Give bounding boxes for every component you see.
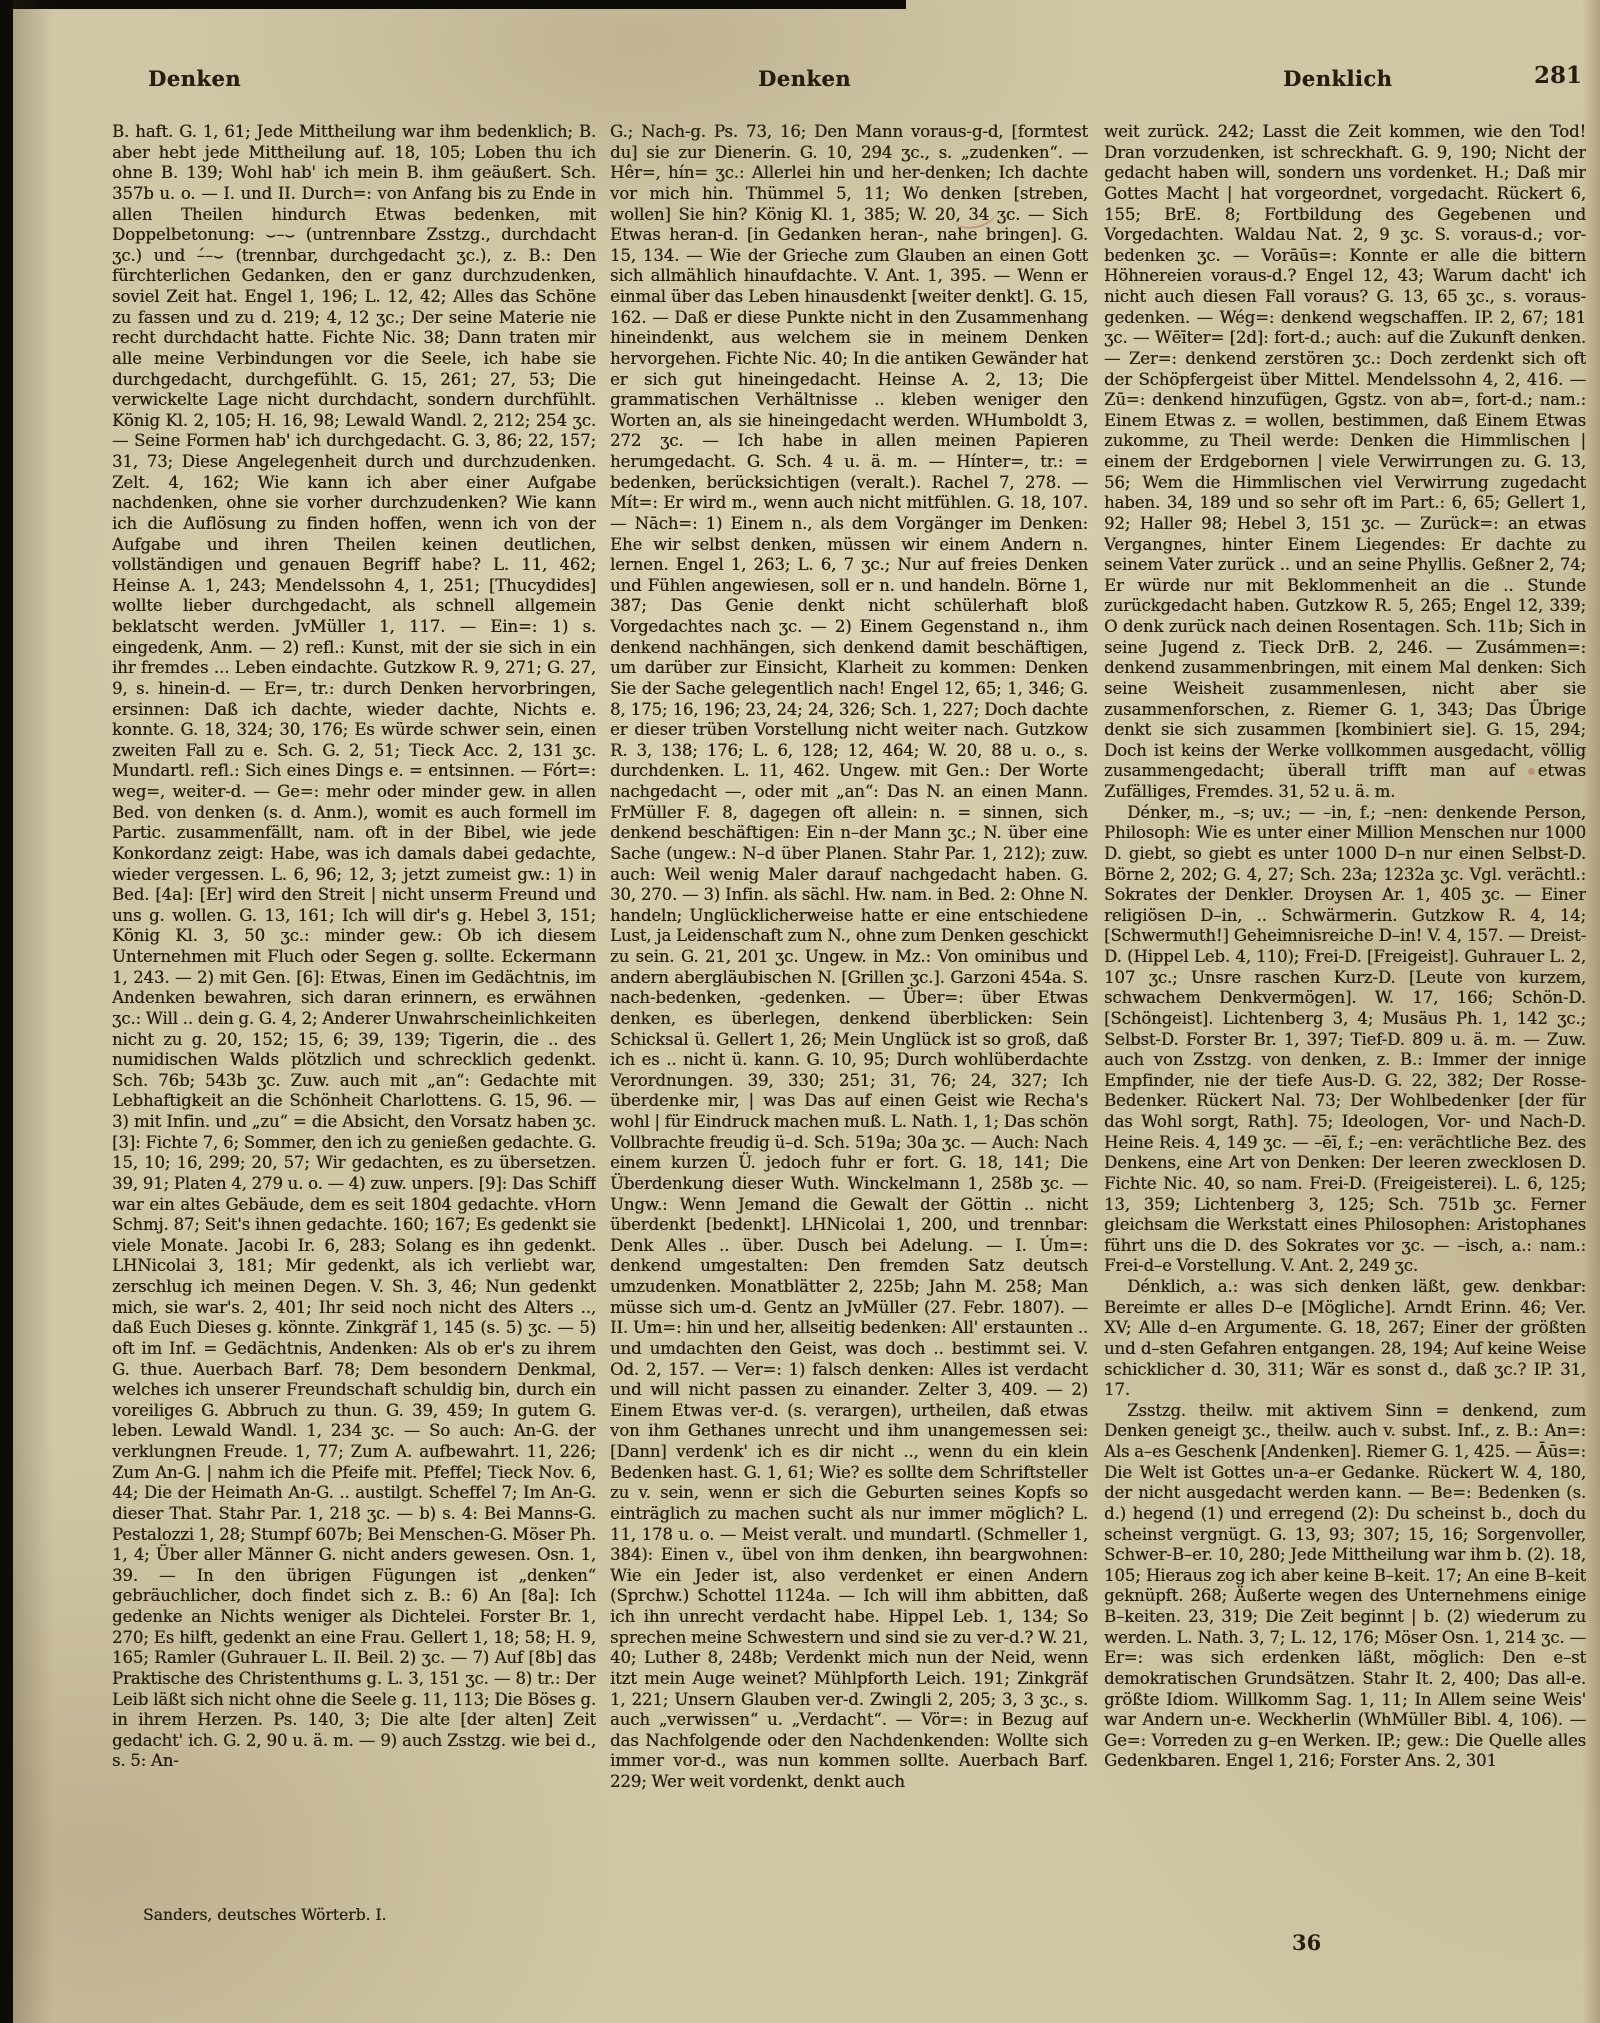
gutter-shadow	[13, 0, 53, 2023]
scan-edge-top	[0, 0, 906, 9]
paragraph: Dénker, m., –s; uv.; — –in, f.; –nen: de…	[1104, 803, 1586, 1277]
paragraph: B. haft. G. 1, 61; Jede Mittheilung war …	[112, 122, 596, 1772]
page-number: 281	[1534, 62, 1582, 89]
text-column-2: G.; Nach-g. Ps. 73, 16; Den Mann voraus-…	[610, 122, 1088, 1912]
text-column-3: weit zurück. 242; Lasst die Zeit kommen,…	[1104, 122, 1586, 1912]
sheet-signature-number: 36	[1292, 1930, 1321, 1955]
paragraph: G.; Nach-g. Ps. 73, 16; Den Mann voraus-…	[610, 122, 1088, 1793]
running-head-right: Denklich	[1283, 66, 1392, 91]
printer-catchline: Sanders, deutsches Wörterb. I.	[143, 1906, 386, 1924]
running-head-center: Denken	[758, 66, 851, 91]
paragraph: weit zurück. 242; Lasst die Zeit kommen,…	[1104, 122, 1586, 803]
scanned-dictionary-page: Denken Denken Denklich 281 B. haft. G. 1…	[0, 0, 1600, 2023]
scan-edge-left	[0, 0, 13, 2023]
text-column-1: B. haft. G. 1, 61; Jede Mittheilung war …	[112, 122, 596, 1912]
running-head-left: Denken	[148, 66, 241, 91]
paragraph: Dénklich, a.: was sich denken läßt, gew.…	[1104, 1277, 1586, 1401]
paragraph: Zsstzg. theilw. mit aktivem Sinn = denke…	[1104, 1401, 1586, 1772]
